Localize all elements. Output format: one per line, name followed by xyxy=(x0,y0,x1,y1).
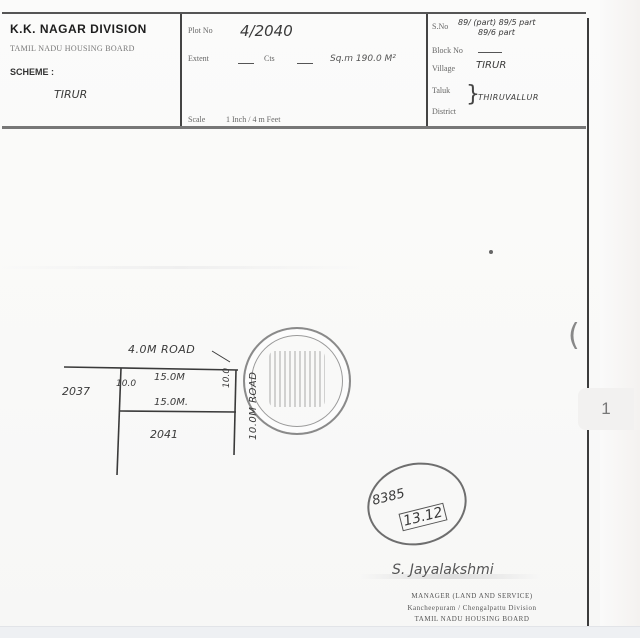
adjacent-plot-south: 2041 xyxy=(150,428,178,441)
road-east-label: 10.0M ROAD xyxy=(248,372,259,440)
viewer-bottom-bar xyxy=(0,626,640,638)
plot-sketch xyxy=(0,0,640,638)
adjacent-plot-west: 2037 xyxy=(62,385,90,398)
dimension-west: 10.0 xyxy=(116,378,136,390)
seal-emblem xyxy=(269,351,325,407)
road-north-label: 4.0M ROAD xyxy=(128,343,195,356)
officer-designation: MANAGER (LAND AND SERVICE) xyxy=(372,592,572,600)
dimension-east: 10.0 xyxy=(222,368,232,388)
officer-division: Kancheepuram / Chengalpattu Division xyxy=(372,604,572,612)
officer-signature: S. Jayalakshmi xyxy=(392,562,494,578)
official-seal xyxy=(243,327,351,435)
dimension-south: 15.0M. xyxy=(154,397,188,408)
page-indicator[interactable]: 1 xyxy=(578,388,634,430)
officer-board: TAMIL NADU HOUSING BOARD xyxy=(372,615,572,623)
dimension-north: 15.0M xyxy=(154,372,185,383)
